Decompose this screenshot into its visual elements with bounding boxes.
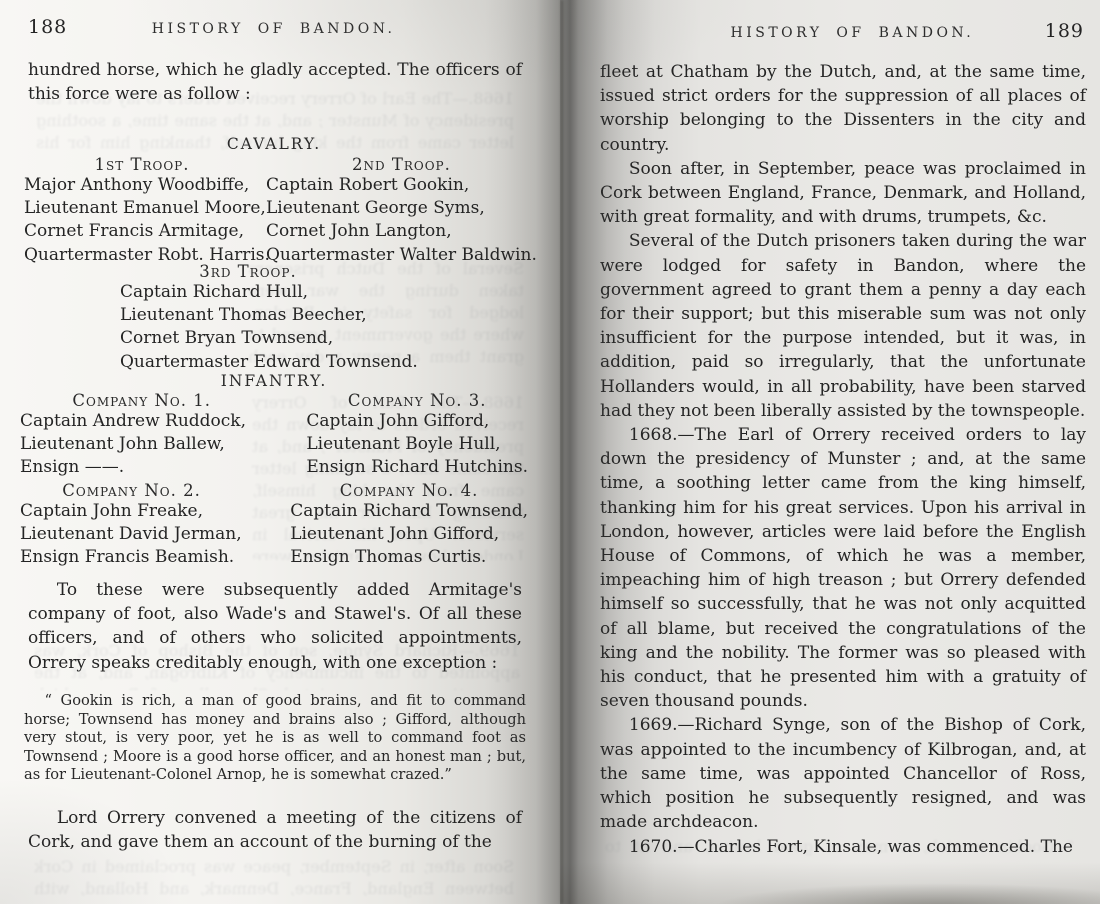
right-page-body: fleet at Chatham by the Dutch, and, at t… [600,60,1086,859]
troop-3: 3rd Troop. Captain Richard Hull, Lieuten… [28,262,520,374]
paragraph-intro: hundred horse, which he gladly accepted.… [28,58,522,106]
officer-line: Lieutenant Boyle Hull, [306,433,528,456]
paragraph-armitage: To these were subsequently added Armitag… [28,578,522,675]
company-title: Company No. 4. [290,481,528,500]
infantry-row-1: Company No. 1. Captain Andrew Ruddock, L… [20,391,528,480]
officer-line: Captain Richard Hull, [120,281,520,304]
officer-line: Captain Richard Townsend, [290,500,528,523]
officer-line: Lieutenant John Ballew, [20,433,263,456]
paragraph-1669-synge: 1669.—Richard Synge, son of the Bishop o… [600,713,1086,834]
blockquote-orrery-opinion: “ Gookin is rich, a man of good brains, … [24,692,526,785]
heading-infantry: INFANTRY. [28,372,520,390]
company-title: Company No. 3. [306,391,528,410]
officer-line: Quartermaster Edward Townsend. [120,351,520,374]
officer-line: Cornet Francis Armitage, [24,220,260,243]
company-3: Company No. 3. Captain John Gifford, Lie… [263,391,528,480]
officer-line: Ensign Richard Hutchins. [306,456,528,479]
book-scan: 1668.—The Earl of Orrery received orders… [0,0,1100,904]
officer-line: Lieutenant John Gifford, [290,523,528,546]
cavalry-troops-row: 1st Troop. Major Anthony Woodbiffe, Lieu… [24,155,524,267]
officer-line: Lieutenant Thomas Beecher, [120,304,520,327]
troop-1: 1st Troop. Major Anthony Woodbiffe, Lieu… [24,155,260,267]
page-left: 1668.—The Earl of Orrery received orders… [0,0,560,904]
officer-line: Captain Robert Gookin, [266,174,537,197]
page-number: 189 [1045,20,1084,42]
page-number: 188 [28,16,67,38]
troop-2: 2nd Troop. Captain Robert Gookin, Lieute… [260,155,537,267]
page-right: “ Gookin is rich, a man of good brains, … [560,0,1100,904]
infantry-row-2: Company No. 2. Captain John Freake, Lieu… [20,481,528,570]
officer-line: Captain John Gifford, [306,410,528,433]
company-4: Company No. 4. Captain Richard Townsend,… [243,481,528,570]
heading-cavalry: CAVALRY. [28,135,520,153]
running-header: HISTORY OF BANDON. [67,21,480,37]
troop-title: 2nd Troop. [266,155,537,174]
officer-line: Cornet Bryan Townsend, [120,327,520,350]
company-1: Company No. 1. Captain Andrew Ruddock, L… [20,391,263,480]
officer-line: Ensign Francis Beamish. [20,546,243,569]
ghost-bleedthrough: Soon after, in September, peace was proc… [34,856,514,900]
troop-title: 3rd Troop. [28,262,468,281]
officer-line: Major Anthony Woodbiffe, [24,174,260,197]
page-header-left: 188 HISTORY OF BANDON. [28,16,520,38]
paragraph-1668-orrery: 1668.—The Earl of Orrery received orders… [600,423,1086,713]
company-2: Company No. 2. Captain John Freake, Lieu… [20,481,243,570]
officer-line: Lieutenant David Jerman, [20,523,243,546]
company-title: Company No. 2. [20,481,243,500]
officer-line: Lieutenant George Syms, [266,197,537,220]
troop-title: 1st Troop. [24,155,260,174]
running-header: HISTORY OF BANDON. [660,25,1045,41]
officer-line: Ensign Thomas Curtis. [290,546,528,569]
officer-line: Cornet John Langton, [266,220,537,243]
paragraph-1670-charles-fort: 1670.—Charles Fort, Kinsale, was commenc… [600,835,1086,859]
officer-line: Lieutenant Emanuel Moore, [24,197,260,220]
paragraph-lord-orrery: Lord Orrery convened a meeting of the ci… [28,806,522,854]
officer-line: Ensign ——. [20,456,263,479]
paragraph-peace-proclaimed: Soon after, in September, peace was proc… [600,157,1086,230]
company-title: Company No. 1. [20,391,263,410]
page-header-right: HISTORY OF BANDON. 189 [600,20,1084,42]
officer-line: Captain Andrew Ruddock, [20,410,263,433]
paragraph-fleet-chatham: fleet at Chatham by the Dutch, and, at t… [600,60,1086,157]
officer-line: Captain John Freake, [20,500,243,523]
paragraph-dutch-prisoners: Several of the Dutch prisoners taken dur… [600,229,1086,423]
